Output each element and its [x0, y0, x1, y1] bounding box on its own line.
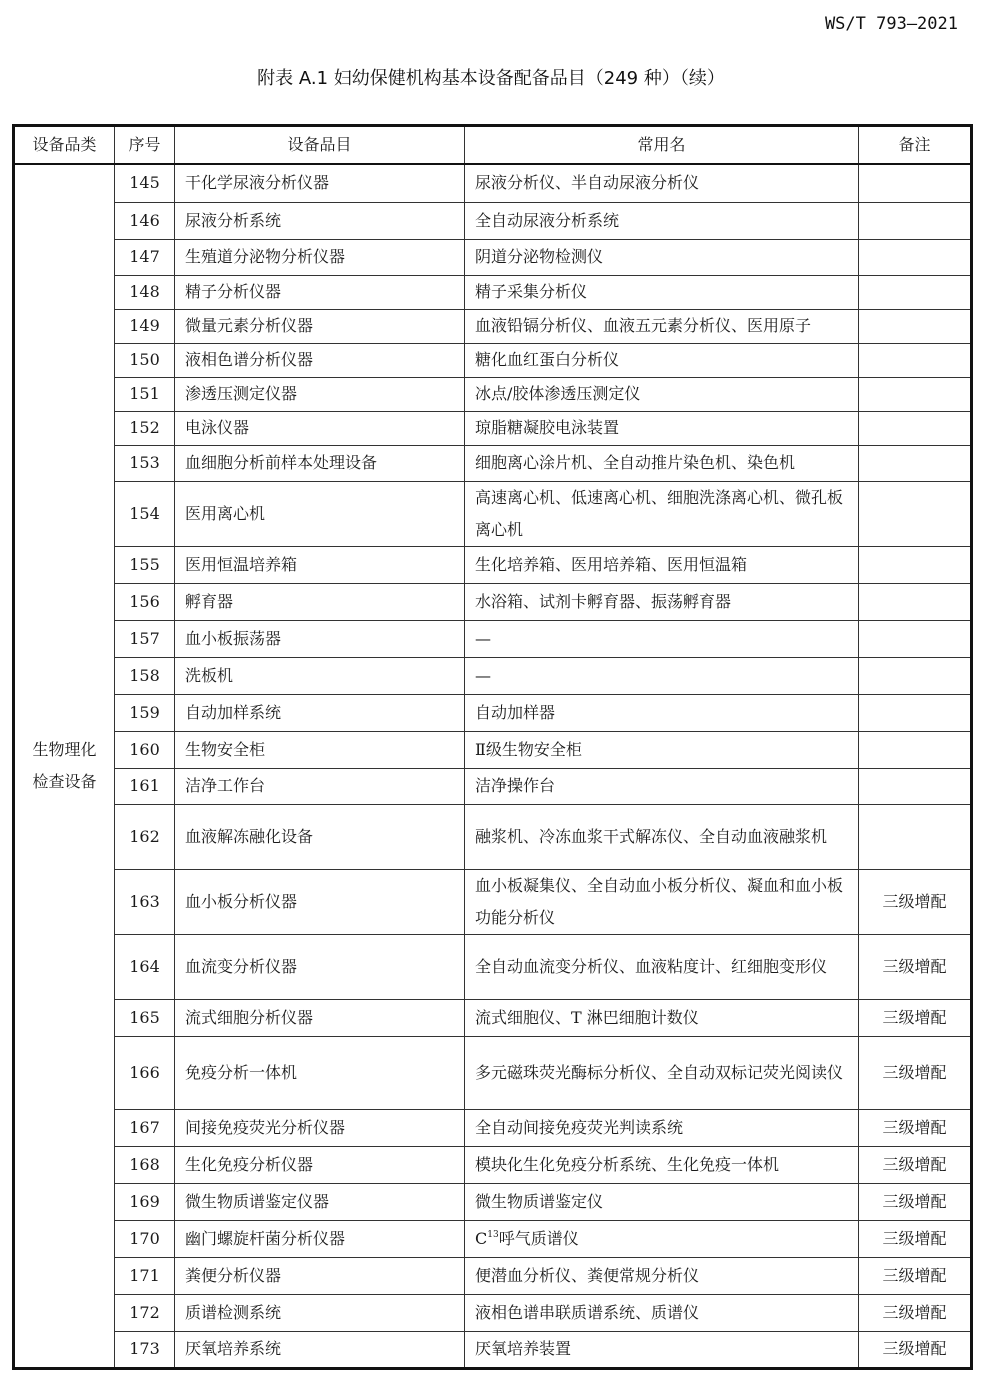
- item-name: 厌氧培养系统: [175, 1331, 465, 1368]
- row-number: 155: [115, 546, 175, 583]
- row-number: 172: [115, 1294, 175, 1331]
- table-row: 153血细胞分析前样本处理设备细胞离心涂片机、全自动推片染色机、染色机: [14, 445, 972, 481]
- item-name: 医用离心机: [175, 481, 465, 546]
- common-name-base: C: [475, 1229, 487, 1248]
- note-cell: [859, 377, 972, 411]
- common-name: 冰点/胶体渗透压测定仪: [465, 377, 859, 411]
- common-name: 水浴箱、试剂卡孵育器、振荡孵育器: [465, 583, 859, 620]
- table-row: 170幽门螺旋杆菌分析仪器C13呼气质谱仪三级增配: [14, 1220, 972, 1257]
- common-name: 阴道分泌物检测仪: [465, 239, 859, 275]
- row-number: 150: [115, 343, 175, 377]
- common-name: 精子采集分析仪: [465, 275, 859, 309]
- common-name: 液相色谱串联质谱系统、质谱仪: [465, 1294, 859, 1331]
- note-cell: 三级增配: [859, 1109, 972, 1146]
- category-cell: 生物理化检查设备: [14, 164, 115, 1368]
- note-cell: 三级增配: [859, 1146, 972, 1183]
- item-name: 洁净工作台: [175, 768, 465, 804]
- note-cell: 三级增配: [859, 1036, 972, 1109]
- item-name: 血液解冻融化设备: [175, 804, 465, 869]
- common-name: 模块化生化免疫分析系统、生化免疫一体机: [465, 1146, 859, 1183]
- table-header-row: 设备品类 序号 设备品目 常用名 备注: [14, 126, 972, 165]
- row-number: 147: [115, 239, 175, 275]
- table-row: 164血流变分析仪器全自动血流变分析仪、血液粘度计、红细胞变形仪三级增配: [14, 934, 972, 999]
- item-name: 精子分析仪器: [175, 275, 465, 309]
- row-number: 164: [115, 934, 175, 999]
- item-name: 微生物质谱鉴定仪器: [175, 1183, 465, 1220]
- table-row: 154医用离心机高速离心机、低速离心机、细胞洗涤离心机、微孔板离心机: [14, 481, 972, 546]
- note-cell: 三级增配: [859, 1331, 972, 1368]
- item-name: 生化免疫分析仪器: [175, 1146, 465, 1183]
- common-name-superscript: 13: [487, 1230, 498, 1240]
- note-cell: [859, 239, 972, 275]
- note-cell: 三级增配: [859, 1183, 972, 1220]
- common-name: 细胞离心涂片机、全自动推片染色机、染色机: [465, 445, 859, 481]
- row-number: 163: [115, 869, 175, 934]
- category-label-line2: 检查设备: [21, 766, 108, 798]
- common-name: 多元磁珠荧光酶标分析仪、全自动双标记荧光阅读仪: [465, 1036, 859, 1109]
- row-number: 170: [115, 1220, 175, 1257]
- common-name: Ⅱ级生物安全柜: [465, 731, 859, 768]
- table-row: 151渗透压测定仪器冰点/胶体渗透压测定仪: [14, 377, 972, 411]
- note-cell: [859, 202, 972, 239]
- common-name: 洁净操作台: [465, 768, 859, 804]
- item-name: 间接免疫荧光分析仪器: [175, 1109, 465, 1146]
- row-number: 156: [115, 583, 175, 620]
- table-row: 162血液解冻融化设备融浆机、冷冻血浆干式解冻仪、全自动血液融浆机: [14, 804, 972, 869]
- table-row: 166免疫分析一体机多元磁珠荧光酶标分析仪、全自动双标记荧光阅读仪三级增配: [14, 1036, 972, 1109]
- table-row: 163血小板分析仪器血小板凝集仪、全自动血小板分析仪、凝血和血小板功能分析仪三级…: [14, 869, 972, 934]
- column-header-item: 设备品目: [175, 126, 465, 165]
- row-number: 167: [115, 1109, 175, 1146]
- table-row: 155医用恒温培养箱生化培养箱、医用培养箱、医用恒温箱: [14, 546, 972, 583]
- common-name: 琼脂糖凝胶电泳装置: [465, 411, 859, 445]
- common-name: 尿液分析仪、半自动尿液分析仪: [465, 164, 859, 202]
- note-cell: 三级增配: [859, 1220, 972, 1257]
- column-header-common-name: 常用名: [465, 126, 859, 165]
- common-name-rest: 呼气质谱仪: [499, 1229, 579, 1248]
- table-row: 158洗板机—: [14, 657, 972, 694]
- common-name: 高速离心机、低速离心机、细胞洗涤离心机、微孔板离心机: [465, 481, 859, 546]
- row-number: 165: [115, 999, 175, 1036]
- table-row: 161洁净工作台洁净操作台: [14, 768, 972, 804]
- table-row: 148精子分析仪器精子采集分析仪: [14, 275, 972, 309]
- note-cell: 三级增配: [859, 934, 972, 999]
- row-number: 160: [115, 731, 175, 768]
- note-cell: [859, 768, 972, 804]
- table-body: 生物理化检查设备145干化学尿液分析仪器尿液分析仪、半自动尿液分析仪146尿液分…: [14, 164, 972, 1368]
- item-name: 粪便分析仪器: [175, 1257, 465, 1294]
- table-row: 173厌氧培养系统厌氧培养装置三级增配: [14, 1331, 972, 1368]
- note-cell: [859, 445, 972, 481]
- note-cell: [859, 164, 972, 202]
- row-number: 146: [115, 202, 175, 239]
- item-name: 微量元素分析仪器: [175, 309, 465, 343]
- table-row: 157血小板振荡器—: [14, 620, 972, 657]
- common-name: C13呼气质谱仪: [465, 1220, 859, 1257]
- column-header-category: 设备品类: [14, 126, 115, 165]
- common-name: —: [465, 657, 859, 694]
- note-cell: [859, 731, 972, 768]
- item-name: 血细胞分析前样本处理设备: [175, 445, 465, 481]
- table-row: 165流式细胞分析仪器流式细胞仪、T 淋巴细胞计数仪三级增配: [14, 999, 972, 1036]
- table-row: 149微量元素分析仪器血液铅镉分析仪、血液五元素分析仪、医用原子: [14, 309, 972, 343]
- category-label-line1: 生物理化: [21, 734, 108, 766]
- note-cell: [859, 657, 972, 694]
- table-row: 167间接免疫荧光分析仪器全自动间接免疫荧光判读系统三级增配: [14, 1109, 972, 1146]
- note-cell: [859, 481, 972, 546]
- table-row: 168生化免疫分析仪器模块化生化免疫分析系统、生化免疫一体机三级增配: [14, 1146, 972, 1183]
- table-row: 150液相色谱分析仪器糖化血红蛋白分析仪: [14, 343, 972, 377]
- column-header-note: 备注: [859, 126, 972, 165]
- item-name: 生物安全柜: [175, 731, 465, 768]
- row-number: 152: [115, 411, 175, 445]
- table-row: 171粪便分析仪器便潜血分析仪、粪便常规分析仪三级增配: [14, 1257, 972, 1294]
- item-name: 洗板机: [175, 657, 465, 694]
- item-name: 电泳仪器: [175, 411, 465, 445]
- note-cell: 三级增配: [859, 869, 972, 934]
- item-name: 液相色谱分析仪器: [175, 343, 465, 377]
- common-name: 全自动尿液分析系统: [465, 202, 859, 239]
- common-name: 厌氧培养装置: [465, 1331, 859, 1368]
- row-number: 166: [115, 1036, 175, 1109]
- item-name: 孵育器: [175, 583, 465, 620]
- row-number: 154: [115, 481, 175, 546]
- table-row: 172质谱检测系统液相色谱串联质谱系统、质谱仪三级增配: [14, 1294, 972, 1331]
- row-number: 151: [115, 377, 175, 411]
- note-cell: [859, 620, 972, 657]
- note-cell: [859, 275, 972, 309]
- common-name: 全自动间接免疫荧光判读系统: [465, 1109, 859, 1146]
- common-name: 血小板凝集仪、全自动血小板分析仪、凝血和血小板功能分析仪: [465, 869, 859, 934]
- note-cell: 三级增配: [859, 1257, 972, 1294]
- row-number: 171: [115, 1257, 175, 1294]
- item-name: 尿液分析系统: [175, 202, 465, 239]
- table-row: 159自动加样系统自动加样器: [14, 694, 972, 731]
- note-cell: [859, 411, 972, 445]
- note-cell: 三级增配: [859, 999, 972, 1036]
- note-cell: [859, 694, 972, 731]
- row-number: 162: [115, 804, 175, 869]
- equipment-table: 设备品类 序号 设备品目 常用名 备注 生物理化检查设备145干化学尿液分析仪器…: [12, 124, 973, 1370]
- common-name: 流式细胞仪、T 淋巴细胞计数仪: [465, 999, 859, 1036]
- row-number: 169: [115, 1183, 175, 1220]
- item-name: 免疫分析一体机: [175, 1036, 465, 1109]
- common-name: 自动加样器: [465, 694, 859, 731]
- table-title: 附表 A.1 妇幼保健机构基本设备配备品目（249 种）（续）: [0, 64, 982, 90]
- row-number: 173: [115, 1331, 175, 1368]
- common-name: —: [465, 620, 859, 657]
- table-row: 146尿液分析系统全自动尿液分析系统: [14, 202, 972, 239]
- common-name: 便潜血分析仪、粪便常规分析仪: [465, 1257, 859, 1294]
- item-name: 渗透压测定仪器: [175, 377, 465, 411]
- row-number: 145: [115, 164, 175, 202]
- item-name: 流式细胞分析仪器: [175, 999, 465, 1036]
- item-name: 血小板振荡器: [175, 620, 465, 657]
- item-name: 生殖道分泌物分析仪器: [175, 239, 465, 275]
- common-name: 融浆机、冷冻血浆干式解冻仪、全自动血液融浆机: [465, 804, 859, 869]
- table-row: 169微生物质谱鉴定仪器微生物质谱鉴定仪三级增配: [14, 1183, 972, 1220]
- row-number: 158: [115, 657, 175, 694]
- row-number: 157: [115, 620, 175, 657]
- item-name: 血流变分析仪器: [175, 934, 465, 999]
- row-number: 148: [115, 275, 175, 309]
- table-row: 152电泳仪器琼脂糖凝胶电泳装置: [14, 411, 972, 445]
- table-row: 生物理化检查设备145干化学尿液分析仪器尿液分析仪、半自动尿液分析仪: [14, 164, 972, 202]
- column-header-number: 序号: [115, 126, 175, 165]
- common-name: 生化培养箱、医用培养箱、医用恒温箱: [465, 546, 859, 583]
- note-cell: [859, 583, 972, 620]
- row-number: 168: [115, 1146, 175, 1183]
- note-cell: [859, 309, 972, 343]
- note-cell: [859, 546, 972, 583]
- row-number: 161: [115, 768, 175, 804]
- note-cell: 三级增配: [859, 1294, 972, 1331]
- table-row: 160生物安全柜Ⅱ级生物安全柜: [14, 731, 972, 768]
- row-number: 153: [115, 445, 175, 481]
- standard-code: WS/T 793—2021: [825, 14, 958, 34]
- table-row: 156孵育器水浴箱、试剂卡孵育器、振荡孵育器: [14, 583, 972, 620]
- item-name: 质谱检测系统: [175, 1294, 465, 1331]
- common-name: 血液铅镉分析仪、血液五元素分析仪、医用原子: [465, 309, 859, 343]
- table-row: 147生殖道分泌物分析仪器阴道分泌物检测仪: [14, 239, 972, 275]
- row-number: 159: [115, 694, 175, 731]
- note-cell: [859, 343, 972, 377]
- row-number: 149: [115, 309, 175, 343]
- item-name: 血小板分析仪器: [175, 869, 465, 934]
- common-name: 全自动血流变分析仪、血液粘度计、红细胞变形仪: [465, 934, 859, 999]
- item-name: 医用恒温培养箱: [175, 546, 465, 583]
- item-name: 自动加样系统: [175, 694, 465, 731]
- common-name: 糖化血红蛋白分析仪: [465, 343, 859, 377]
- note-cell: [859, 804, 972, 869]
- common-name: 微生物质谱鉴定仪: [465, 1183, 859, 1220]
- item-name: 干化学尿液分析仪器: [175, 164, 465, 202]
- item-name: 幽门螺旋杆菌分析仪器: [175, 1220, 465, 1257]
